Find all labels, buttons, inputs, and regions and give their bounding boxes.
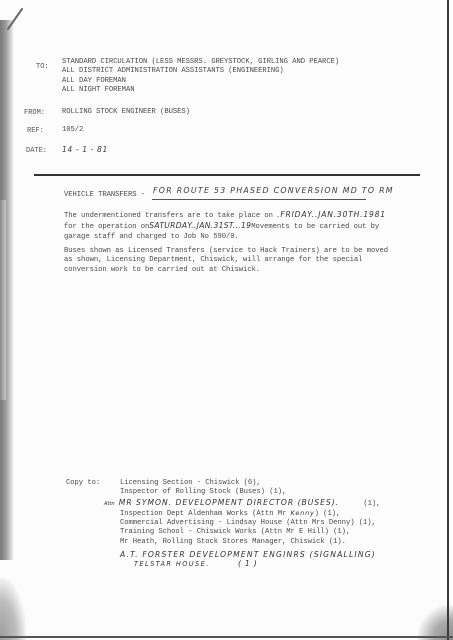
- body-para-1: The undermentioned transfers are to take…: [64, 210, 386, 242]
- para1-line3: garage staff and charged to Job No 590/0…: [64, 233, 386, 242]
- left-edge-shadow-dark: [0, 200, 6, 400]
- copy-to-item: Licensing Section - Chiswick (6),: [120, 479, 396, 488]
- to-recipients: STANDARD CIRCULATION (LESS MESSRS. GREYS…: [62, 58, 339, 95]
- scanned-memo-page: TO: STANDARD CIRCULATION (LESS MESSRS. G…: [0, 0, 453, 640]
- copy-to-label: Copy to:: [66, 479, 100, 488]
- to-line: ALL DAY FOREMAN: [62, 77, 339, 86]
- to-label: TO:: [36, 63, 49, 71]
- copy-to-item: TELSTAR HOUSE. ( 1 ): [134, 559, 396, 570]
- from-value: ROLLING STOCK ENGINEER (BUSES): [62, 108, 190, 117]
- subject-handwritten: FOR ROUTE 53 PHASED CONVERSION MD TO RM: [153, 186, 394, 195]
- copy-to-item: Inspector of Rolling Stock (Buses) (1),: [120, 488, 396, 497]
- pen-mark: [7, 8, 24, 30]
- from-label: FROM:: [24, 109, 45, 117]
- subject-typed: VEHICLE TRANSFERS -: [64, 191, 145, 200]
- handwritten-date-saturday: SATURDAY..JAN.31ST...19: [149, 221, 251, 230]
- date-label: DATE:: [26, 147, 47, 155]
- bottom-page-edge: [0, 636, 453, 638]
- copy-to-item: A.T. FORSTER DEVELOPMENT ENGINRS (SIGNAL…: [120, 550, 396, 559]
- to-line: ALL NIGHT FOREMAN: [62, 86, 339, 95]
- to-line: ALL DISTRICT ADMINISTRATION ASSISTANTS (…: [62, 67, 339, 76]
- copy-to-item: Inspection Dept Aldenham Works (Attn Mr …: [120, 509, 396, 519]
- copy-to-item: Commercial Advertising - Lindsay House (…: [120, 519, 396, 528]
- handwritten-date-friday: .FRIDAY..JAN.30TH.1981: [277, 210, 386, 219]
- ref-label: REF:: [27, 127, 44, 135]
- para1-line1: The undermentioned transfers are to take…: [64, 210, 386, 221]
- body-para-2: Buses shown as Licensed Transfers (servi…: [64, 247, 388, 275]
- copy-to-item: Training School - Chiswick Works (Attn M…: [120, 528, 396, 537]
- bottom-left-corner-smudge: [0, 578, 26, 640]
- to-line: STANDARD CIRCULATION (LESS MESSRS. GREYS…: [62, 58, 339, 67]
- date-value: 14 - 1 - 81: [62, 145, 108, 154]
- subject-underline: [152, 199, 366, 200]
- para1-line2: for the operation onSATURDAY..JAN.31ST..…: [64, 221, 386, 232]
- para2-line: as shown, Licensing Department, Chiswick…: [64, 256, 388, 265]
- copy-to-item: Attn MR SYMON. DEVELOPMENT DIRECTOR (BUS…: [104, 498, 380, 509]
- para2-line: conversion work to be carried out at Chi…: [64, 266, 388, 275]
- para2-line: Buses shown as Licensed Transfers (servi…: [64, 247, 388, 256]
- copy-to-list: Licensing Section - Chiswick (6), Inspec…: [120, 479, 396, 571]
- header-divider: [34, 174, 420, 176]
- ref-value: 105/2: [62, 126, 83, 135]
- copy-to-item: Mr Heath, Rolling Stock Stores Manager, …: [120, 538, 396, 547]
- right-page-edge: [447, 0, 449, 640]
